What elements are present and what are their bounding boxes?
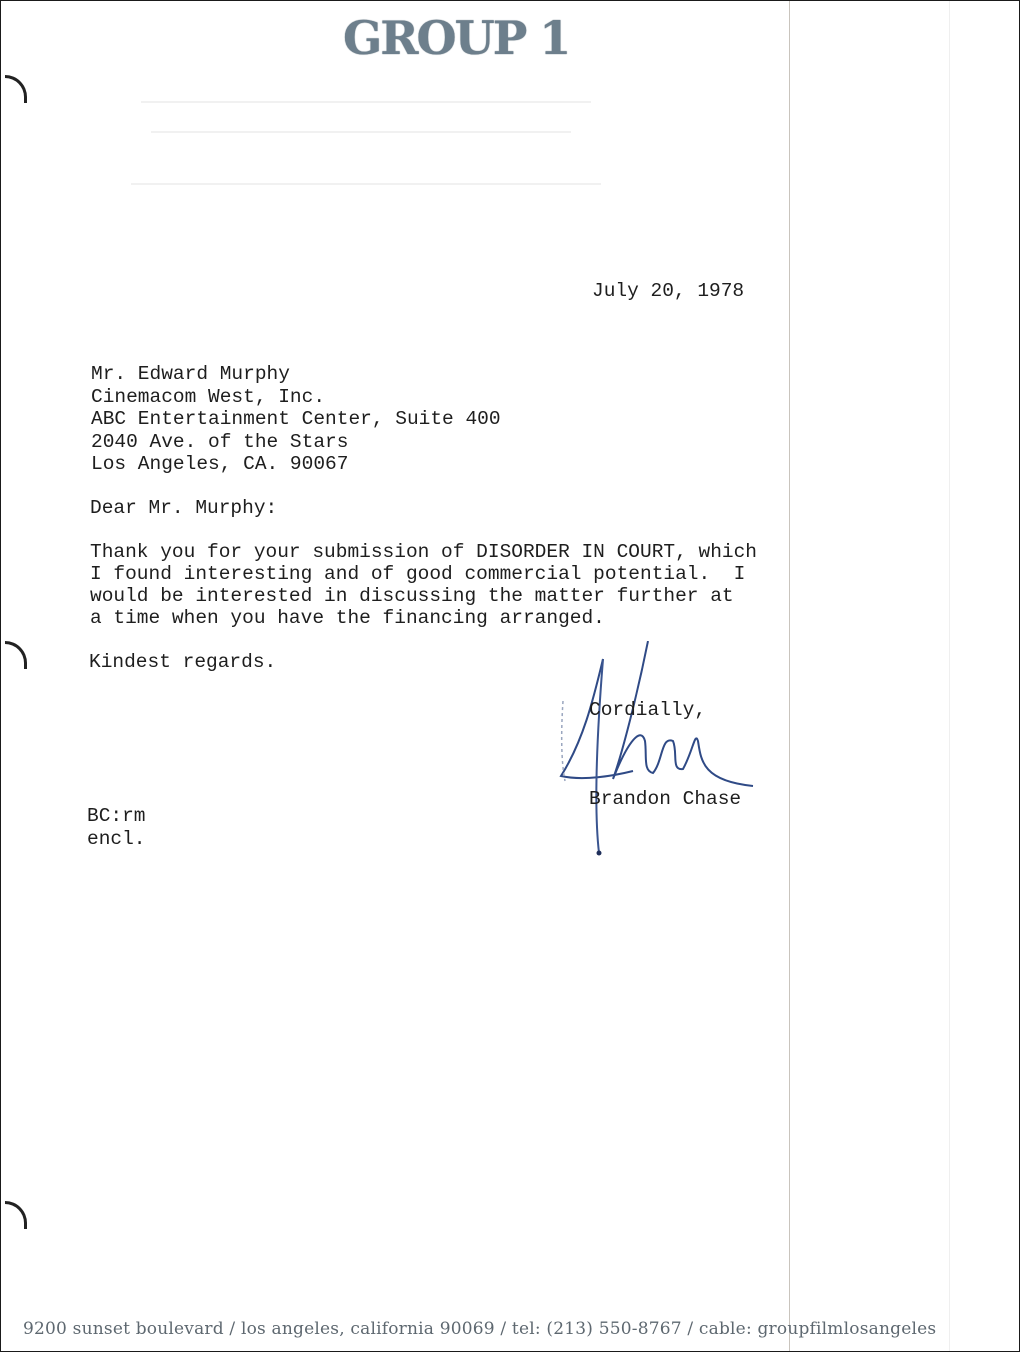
address-line: ABC Entertainment Center, Suite 400 xyxy=(91,408,501,431)
recipient-address: Mr. Edward MurphyCinemacom West, Inc.ABC… xyxy=(91,363,501,476)
letter-body: Thank you for your submission of DISORDE… xyxy=(90,541,757,629)
faded-letterhead-mark xyxy=(131,183,601,185)
address-line: Cinemacom West, Inc. xyxy=(91,386,501,409)
reference-initials: BC:rm xyxy=(87,805,146,828)
company-logo: GROUP 1 xyxy=(343,11,569,65)
address-line: Mr. Edward Murphy xyxy=(91,363,501,386)
body-line: I found interesting and of good commerci… xyxy=(90,563,757,585)
reference-block: BC:rmencl. xyxy=(87,805,146,850)
letter-date: July 20, 1978 xyxy=(592,280,744,303)
faded-letterhead-mark xyxy=(141,101,591,103)
closing-line: Kindest regards. xyxy=(89,651,276,674)
letter-page: GROUP 1 July 20, 1978 Mr. Edward MurphyC… xyxy=(0,0,1020,1352)
body-line: would be interested in discussing the ma… xyxy=(90,585,757,607)
signer-name: Brandon Chase xyxy=(589,788,741,811)
address-line: 2040 Ave. of the Stars xyxy=(91,431,501,454)
salutation: Dear Mr. Murphy: xyxy=(90,497,277,520)
binder-hole-icon xyxy=(5,641,27,669)
faded-letterhead-mark xyxy=(151,131,571,133)
fold-line xyxy=(789,1,790,1351)
address-line: Los Angeles, CA. 90067 xyxy=(91,453,501,476)
body-line: a time when you have the financing arran… xyxy=(90,607,757,629)
binder-hole-icon xyxy=(5,75,27,103)
binder-hole-icon xyxy=(5,1201,27,1229)
body-line: Thank you for your submission of DISORDE… xyxy=(90,541,757,563)
complimentary-close: Cordially, xyxy=(589,699,706,722)
letterhead-footer: 9200 sunset boulevard / los angeles, cal… xyxy=(23,1319,1003,1339)
fold-line-faint xyxy=(949,1,950,1351)
handwritten-signature-icon xyxy=(553,641,773,861)
enclosure-note: encl. xyxy=(87,828,146,851)
